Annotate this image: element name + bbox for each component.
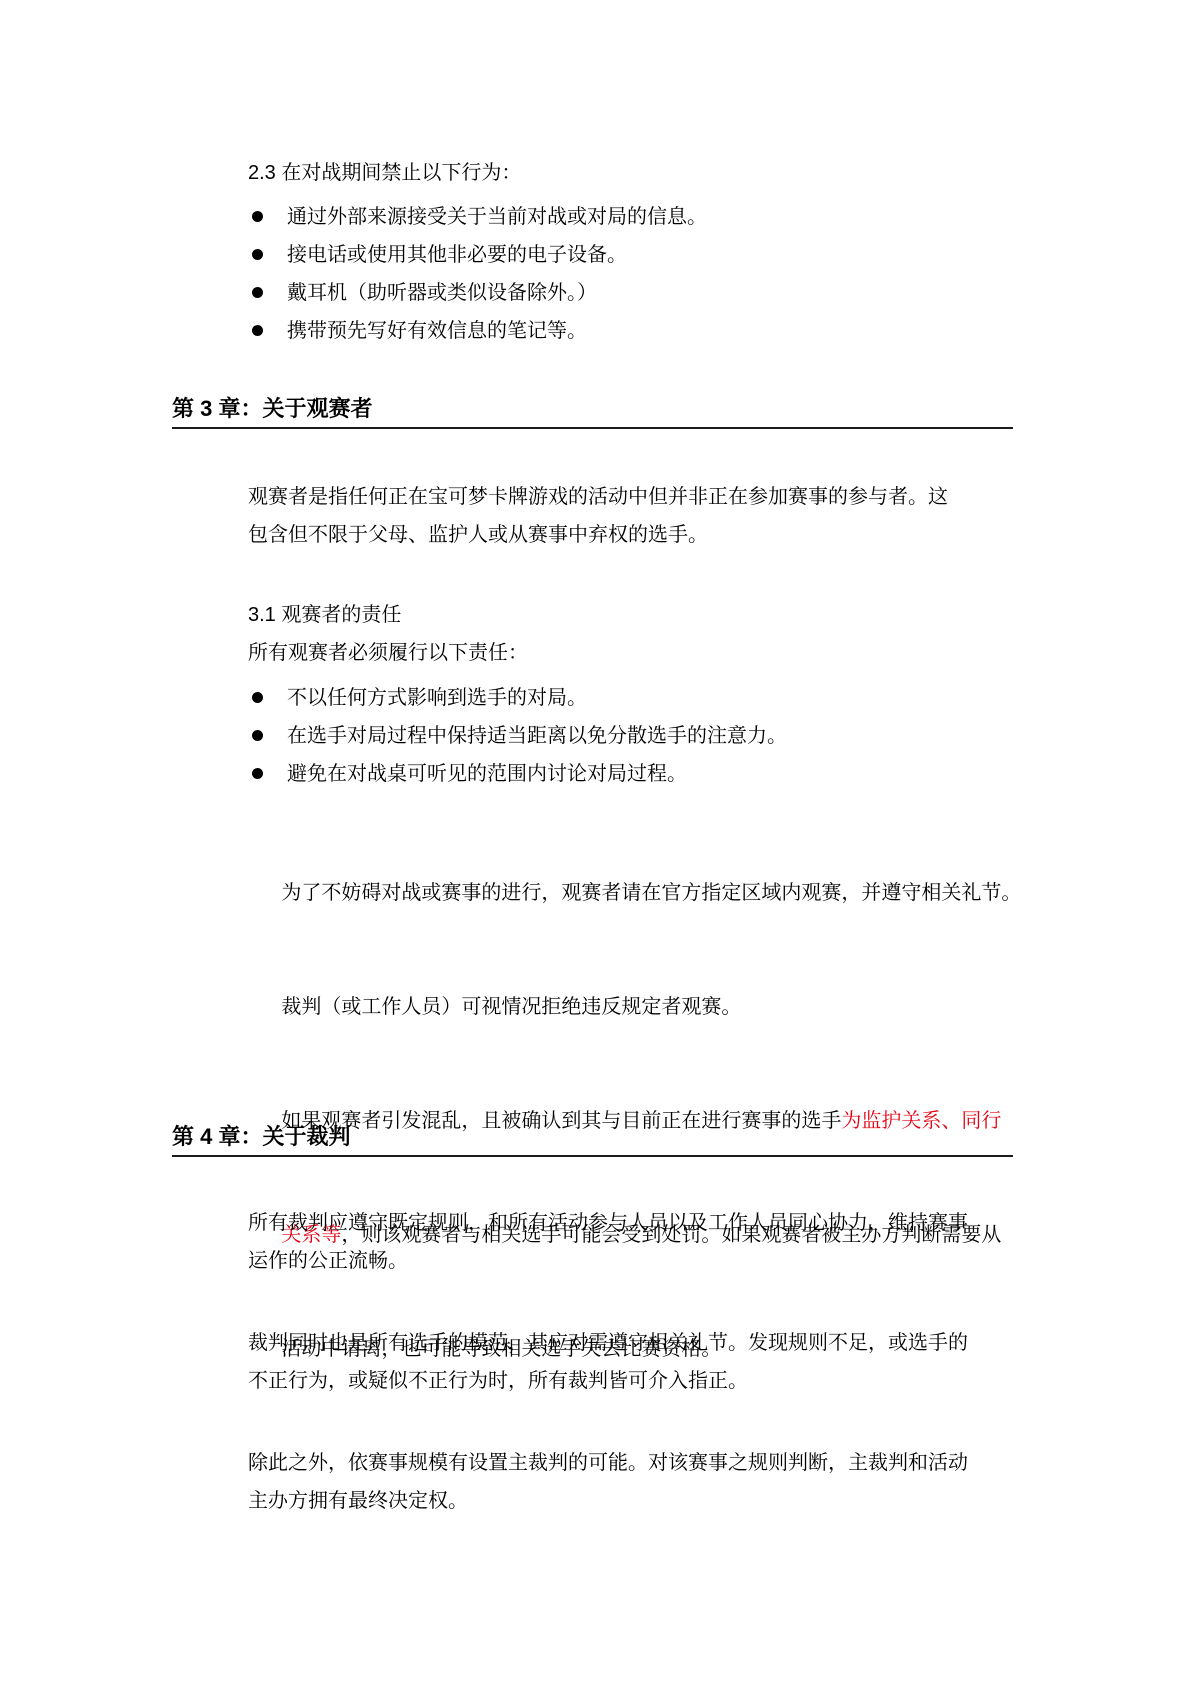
bullet-icon xyxy=(252,325,263,336)
judge-duty-paragraph: 所有裁判应遵守既定规则，和所有活动参与人员以及工作人员同心协力，维持赛事 运作的… xyxy=(248,1204,968,1280)
paragraph-line: 主办方拥有最终决定权。 xyxy=(248,1482,968,1520)
list-item: 不以任何方式影响到选手的对局。 xyxy=(248,679,787,717)
bullet-icon xyxy=(252,730,263,741)
bullet-icon xyxy=(252,211,263,222)
spectator-intro-paragraph: 观赛者是指任何正在宝可梦卡牌游戏的活动中但并非正在参加赛事的参与者。这 包含但不… xyxy=(248,478,948,554)
paragraph-line: 观赛者是指任何正在宝可梦卡牌游戏的活动中但并非正在参加赛事的参与者。这 xyxy=(248,478,948,516)
document-page: 2.3 在对战期间禁止以下行为： 通过外部来源接受关于当前对战或对局的信息。 接… xyxy=(0,0,1190,1683)
head-judge-paragraph: 除此之外，依赛事规模有设置主裁判的可能。对该赛事之规则判断，主裁判和活动 主办方… xyxy=(248,1444,968,1520)
chapter-3-heading: 第 3 章：关于观赛者 xyxy=(172,391,1013,429)
list-item-text: 接电话或使用其他非必要的电子设备。 xyxy=(287,236,627,274)
paragraph-line: 所有裁判应遵守既定规则，和所有活动参与人员以及工作人员同心协力，维持赛事 xyxy=(248,1204,968,1242)
list-item-text: 在选手对局过程中保持适当距离以免分散选手的注意力。 xyxy=(287,717,787,755)
bullet-icon xyxy=(252,692,263,703)
list-item-text: 携带预先写好有效信息的笔记等。 xyxy=(287,312,587,350)
chapter-4-heading: 第 4 章：关于裁判 xyxy=(172,1119,1013,1157)
paragraph-text: 为了不妨碍对战或赛事的进行，观赛者请在官方指定区域内观赛，并遵守相关礼节。 xyxy=(281,882,1021,904)
paragraph-line: 裁判（或工作人员）可视情况拒绝违反规定者观赛。 xyxy=(248,950,1021,1064)
paragraph-line: 为了不妨碍对战或赛事的进行，观赛者请在官方指定区域内观赛，并遵守相关礼节。 xyxy=(248,836,1021,950)
list-item: 接电话或使用其他非必要的电子设备。 xyxy=(248,236,707,274)
section-2-3-heading: 2.3 在对战期间禁止以下行为： xyxy=(248,154,521,192)
paragraph-line: 裁判同时也是所有选手的模范，其应对需遵守相关礼节。发现规则不足，或选手的 xyxy=(248,1324,968,1362)
list-item: 携带预先写好有效信息的笔记等。 xyxy=(248,312,707,350)
list-item: 戴耳机（助听器或类似设备除外。） xyxy=(248,274,707,312)
paragraph-line: 不正行为，或疑似不正行为时，所有裁判皆可介入指正。 xyxy=(248,1362,968,1400)
judge-model-paragraph: 裁判同时也是所有选手的模范，其应对需遵守相关礼节。发现规则不足，或选手的 不正行… xyxy=(248,1324,968,1400)
paragraph-line: 除此之外，依赛事规模有设置主裁判的可能。对该赛事之规则判断，主裁判和活动 xyxy=(248,1444,968,1482)
list-item-text: 戴耳机（助听器或类似设备除外。） xyxy=(287,274,597,312)
list-item-text: 不以任何方式影响到选手的对局。 xyxy=(287,679,587,717)
bullet-icon xyxy=(252,768,263,779)
prohibited-actions-list: 通过外部来源接受关于当前对战或对局的信息。 接电话或使用其他非必要的电子设备。 … xyxy=(248,198,707,350)
bullet-icon xyxy=(252,287,263,298)
responsibilities-lead: 所有观赛者必须履行以下责任： xyxy=(248,634,528,672)
list-item-text: 通过外部来源接受关于当前对战或对局的信息。 xyxy=(287,198,707,236)
paragraph-text: 裁判（或工作人员）可视情况拒绝违反规定者观赛。 xyxy=(281,996,741,1018)
list-item: 通过外部来源接受关于当前对战或对局的信息。 xyxy=(248,198,707,236)
bullet-icon xyxy=(252,249,263,260)
spectator-responsibilities-list: 不以任何方式影响到选手的对局。 在选手对局过程中保持适当距离以免分散选手的注意力… xyxy=(248,679,787,793)
section-3-1-heading: 3.1 观赛者的责任 xyxy=(248,596,401,634)
list-item: 在选手对局过程中保持适当距离以免分散选手的注意力。 xyxy=(248,717,787,755)
list-item-text: 避免在对战桌可听见的范围内讨论对局过程。 xyxy=(287,755,687,793)
list-item: 避免在对战桌可听见的范围内讨论对局过程。 xyxy=(248,755,787,793)
paragraph-line: 包含但不限于父母、监护人或从赛事中弃权的选手。 xyxy=(248,516,948,554)
paragraph-line: 运作的公正流畅。 xyxy=(248,1242,968,1280)
